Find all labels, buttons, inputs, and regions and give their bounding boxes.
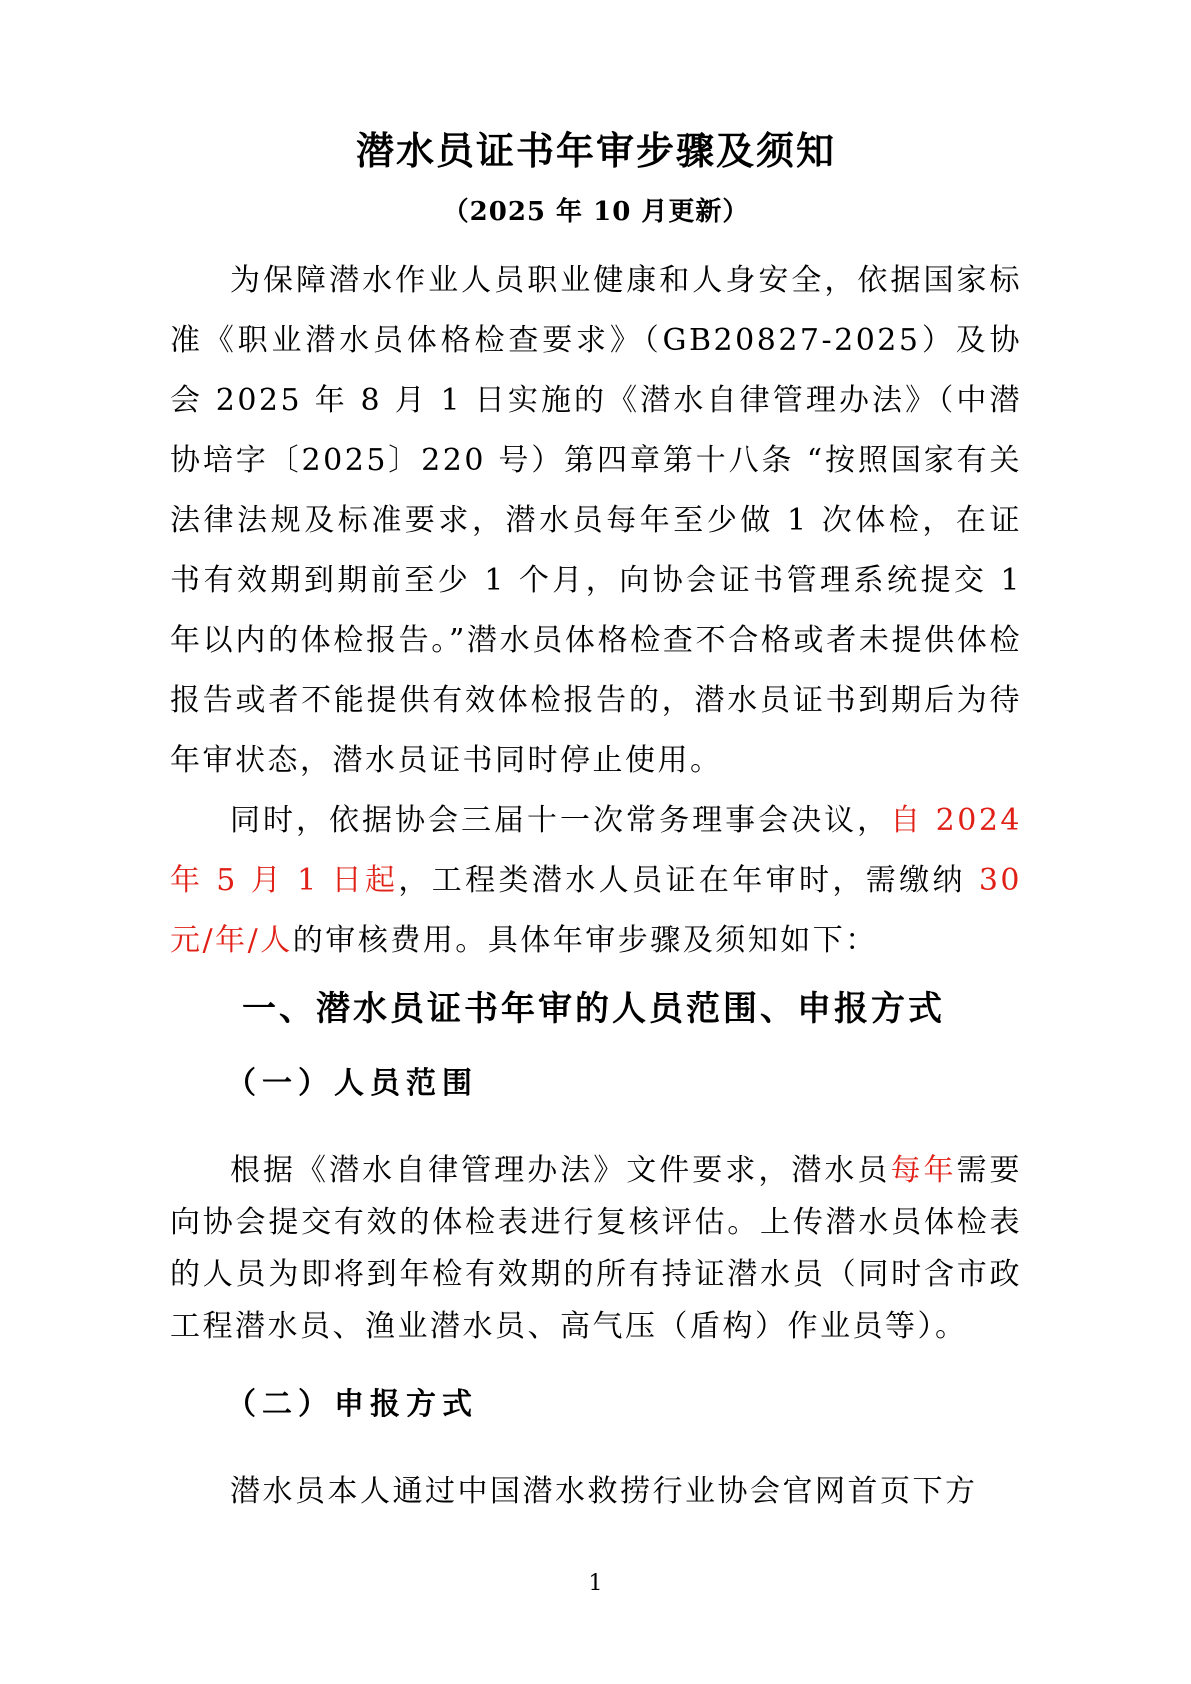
document-content: 潜水员证书年审步骤及须知 （2025 年 10 月更新） 为保障潜水作业人员职业… xyxy=(0,0,1191,1518)
subsection-heading-application-method: （二）申报方式 xyxy=(170,1385,1022,1424)
section-heading-scope-and-application: 一、潜水员证书年审的人员范围、申报方式 xyxy=(170,987,1022,1031)
document-page: 潜水员证书年审步骤及须知 （2025 年 10 月更新） 为保障潜水作业人员职业… xyxy=(0,0,1191,1684)
document-title: 潜水员证书年审步骤及须知 xyxy=(170,128,1022,174)
paragraph-fee-notice: 同时，依据协会三届十一次常务理事会决议，自 2024 年 5 月 1 日起，工程… xyxy=(170,791,1022,971)
emphasized-text-run: 每年 xyxy=(890,1153,956,1188)
text-run: 潜水员本人通过中国潜水救捞行业协会官网首页下方 xyxy=(230,1474,978,1509)
text-run: 为保障潜水作业人员职业健康和人身安全，依据国家标准《职业潜水员体格检查要求》（G… xyxy=(170,263,1022,778)
page-number: 1 xyxy=(0,1571,1191,1596)
document-subtitle: （2025 年 10 月更新） xyxy=(170,196,1022,230)
paragraph-intro-regulations: 为保障潜水作业人员职业健康和人身安全，依据国家标准《职业潜水员体格检查要求》（G… xyxy=(170,251,1022,791)
text-run: 的审核费用。具体年审步骤及须知如下： xyxy=(293,923,878,958)
paragraph-personnel-scope: 根据《潜水自律管理办法》文件要求，潜水员每年需要向协会提交有效的体检表进行复核评… xyxy=(170,1145,1022,1353)
text-run: 根据《潜水自律管理办法》文件要求，潜水员 xyxy=(230,1153,890,1188)
text-run: ，工程类潜水人员证在年审时，需缴纳 xyxy=(398,863,978,898)
subsection-heading-personnel-scope: （一）人员范围 xyxy=(170,1064,1022,1103)
paragraph-application-method: 潜水员本人通过中国潜水救捞行业协会官网首页下方 xyxy=(170,1466,1022,1518)
text-run: 同时，依据协会三届十一次常务理事会决议， xyxy=(230,803,890,838)
